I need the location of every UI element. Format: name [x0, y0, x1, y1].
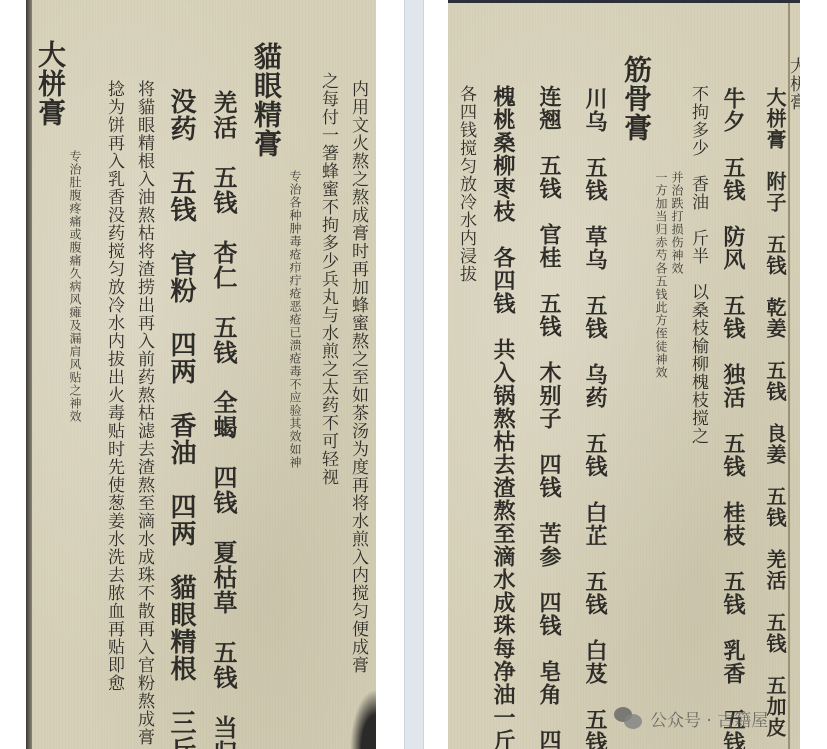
right-formula-title: 筋骨膏 [620, 55, 652, 142]
right-page-scan: 各四钱搅匀放冷水内浸拔 槐桃桑柳枣枝 各四钱 共入锅熬枯去渣熬至滴水成珠每净油一… [448, 0, 800, 749]
wechat-watermark: 公众号 · 古籍屋 [614, 700, 768, 736]
left-column-2: 之每付一箸蜂蜜不拘多少兵丸与水煎之太药不可轻视 [318, 72, 338, 572]
right-column-2: 大栟膏 附子 五钱 乾姜 五钱 良姜 五钱 羌活 五钱 五加皮 五钱 杜仲 五钱 [758, 87, 792, 747]
left-column-8: 捻为饼再入乳香没药搅匀放冷水内拔出火毒贴时先使葱姜水洗去脓血再贴即愈 [104, 80, 124, 730]
left-page-scan: 大栟膏 专治肚腹疼痛或腹痛久病风瘫及漏肩风贴之神效 捻为饼再入乳香没药搅匀放冷水… [26, 0, 376, 749]
right-column-7: 连翘 五钱 官桂 五钱 木别子 四钱 苦参 四钱 皂角 四钱 没药 五钱 香油 … [532, 85, 566, 745]
left-column-1: 内用文火熬之熬成膏时再加蜂蜜熬之至如茶汤为度再将水煎入内搅匀便成膏 [348, 80, 368, 730]
left-column-5: 羌活 五钱 杏仁 五钱 全蝎 四钱 夏枯草 五钱 当归 五钱 生山甲 五钱 乳香… [206, 90, 240, 730]
left-column-4: 专治各种肿毒疮疖疔疮恶疮已溃疮毒不应验其效如神 [288, 170, 302, 590]
right-heading-note: 并治跌打损伤神效 [670, 171, 684, 331]
right-column-4: 不拘多少 香油 斤半 以桑枝榆柳槐枝搅之 [688, 85, 708, 445]
page-corner-shadow [350, 689, 376, 749]
left-column-6: 没药 五钱 官粉 四两 香油 四两 貓眼精根 三斤 去泥土晒干共为细末 [164, 88, 198, 648]
left-heading-note: 专治肚腹疼痛或腹痛久病风瘫及漏肩风贴之神效 [68, 150, 82, 570]
page-binding-edge [26, 0, 32, 749]
left-heading: 大栟膏 [34, 40, 66, 127]
right-column-9: 各四钱搅匀放冷水内浸拔 [456, 85, 476, 305]
right-column-5: 一方加当归赤芍各五钱此方侄徒神效 [654, 171, 668, 331]
right-column-6: 川乌 五钱 草乌 五钱 乌药 五钱 白芷 五钱 白芨 五钱 白蔹 五钱 生半夏 … [578, 87, 612, 747]
right-column-1-cut: 大栟膏 [786, 57, 800, 177]
watermark-label: 公众号 · 古籍屋 [650, 706, 768, 731]
right-column-3: 牛夕 五钱 防风 五钱 独活 五钱 桂枝 五钱 乳香 五钱 没药 五钱 射香 五… [716, 87, 750, 747]
right-column-8: 槐桃桑柳枣枝 各四钱 共入锅熬枯去渣熬至滴水成珠每净油一斤八两再入乳香没药末 [486, 85, 520, 745]
wechat-icon [614, 705, 644, 731]
gallery-divider [404, 0, 424, 749]
left-formula-title: 貓眼精膏 [250, 42, 282, 158]
left-column-7: 将貓眼精根入油熬枯将渣捞出再入前药熬枯滤去渣熬至滴水成珠不散再入官粉熬成膏 [134, 80, 154, 730]
